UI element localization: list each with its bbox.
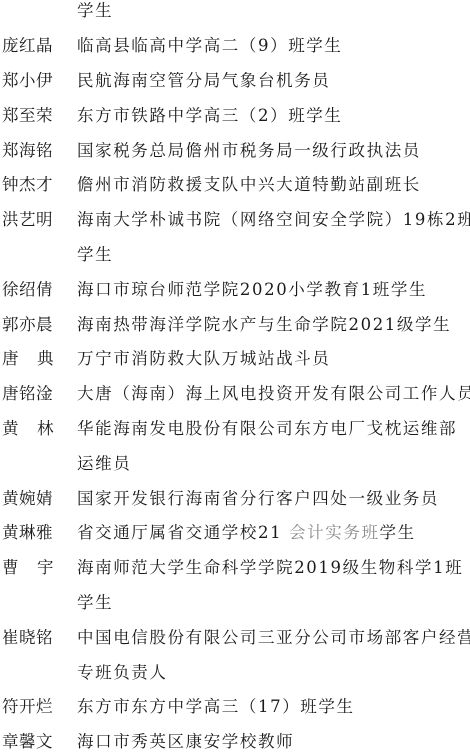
list-item: 郑至荣 东方市铁路中学高三（2）班学生 <box>0 96 470 131</box>
list-item: 黄 林 华能海南发电股份有限公司东方电厂戈枕运维部 <box>0 410 470 445</box>
entry-description: 儋州市消防救援支队中兴大道特勤站副班长 <box>77 171 421 195</box>
entry-description: 临高县临高中学高二（9）班学生 <box>77 32 343 56</box>
entry-description-continued: 学生 <box>77 241 113 265</box>
entry-name: 黄琳雅 <box>0 519 77 543</box>
entry-description: 民航海南空管分局气象台机务员 <box>77 67 330 91</box>
entry-name: 徐绍倩 <box>0 276 77 300</box>
entry-description: 东方市东方中学高三（17）班学生 <box>77 693 355 717</box>
entry-description: 海南师范大学生命科学学院2019级生物科学1班 <box>77 554 463 578</box>
entry-name: 庞红晶 <box>0 32 77 56</box>
list-item: 崔晓铭 中国电信股份有限公司三亚分公司市场部客户经营 <box>0 618 470 653</box>
entry-description: 海口市琼台师范学院2020小学教育1班学生 <box>77 276 427 300</box>
entry-description-part: 省交通厅属省交通学校21 <box>77 523 289 542</box>
entry-description: 国家税务总局儋州市税务局一级行政执法员 <box>77 137 421 161</box>
entry-name: 唐铭淦 <box>0 380 77 404</box>
list-item: 郑海铭 国家税务总局儋州市税务局一级行政执法员 <box>0 131 470 166</box>
list-item-continuation: 学生 <box>0 0 470 27</box>
list-item: 章馨文 海口市秀英区康安学校教师 <box>0 723 470 756</box>
list-item: 曹 宇 海南师范大学生命科学学院2019级生物科学1班 <box>0 549 470 584</box>
entry-name-char: 林 <box>37 415 54 439</box>
entry-name: 郑至荣 <box>0 102 77 126</box>
entry-name: 曹 宇 <box>0 554 54 578</box>
entry-name: 钟杰才 <box>0 171 77 195</box>
list-item: 钟杰才 儋州市消防救援支队中兴大道特勤站副班长 <box>0 166 470 201</box>
list-item: 黄琳雅 省交通厅属省交通学校21 会计实务班学生 <box>0 514 470 549</box>
entry-description: 海南热带海洋学院水产与生命学院2021级学生 <box>77 311 451 335</box>
entry-name-char: 唐 <box>2 345 19 369</box>
list-item: 符开烂 东方市东方中学高三（17）班学生 <box>0 688 470 723</box>
entry-description-part-faded: 会计实务班 <box>289 523 380 542</box>
entry-description: 国家开发银行海南省分行客户四处一级业务员 <box>77 485 439 509</box>
entry-description: 省交通厅属省交通学校21 会计实务班学生 <box>77 519 416 543</box>
entry-description: 学生 <box>77 0 113 21</box>
entry-description: 海南大学朴诚书院（网络空间安全学院）19栋2班 <box>77 206 470 230</box>
entry-name: 郑小伊 <box>0 67 77 91</box>
list-item-continuation: 学生 <box>0 236 470 271</box>
entry-description: 东方市铁路中学高三（2）班学生 <box>77 102 343 126</box>
entry-description-part: 学生 <box>380 523 416 542</box>
entry-name: 洪艺明 <box>0 206 77 230</box>
entry-name-char: 典 <box>37 345 54 369</box>
entry-name: 黄 林 <box>0 415 54 439</box>
list-item: 庞红晶 临高县临高中学高二（9）班学生 <box>0 27 470 62</box>
list-item-continuation: 学生 <box>0 584 470 619</box>
entry-name-char: 曹 <box>2 554 19 578</box>
list-item: 郑小伊 民航海南空管分局气象台机务员 <box>0 62 470 97</box>
list-item: 徐绍倩 海口市琼台师范学院2020小学教育1班学生 <box>0 270 470 305</box>
entry-description: 海口市秀英区康安学校教师 <box>77 728 294 752</box>
list-item-continuation: 运维员 <box>0 444 470 479</box>
entry-name: 崔晓铭 <box>0 624 77 648</box>
list-item: 黄婉婧 国家开发银行海南省分行客户四处一级业务员 <box>0 479 470 514</box>
entry-description-continued: 专班负责人 <box>77 659 168 683</box>
entry-name: 符开烂 <box>0 693 77 717</box>
entry-description: 大唐（海南）海上风电投资开发有限公司工作人员 <box>77 380 470 404</box>
list-item-continuation: 专班负责人 <box>0 653 470 688</box>
list-item: 洪艺明 海南大学朴诚书院（网络空间安全学院）19栋2班 <box>0 201 470 236</box>
entry-name: 黄婉婧 <box>0 485 77 509</box>
list-item: 郭亦晨 海南热带海洋学院水产与生命学院2021级学生 <box>0 305 470 340</box>
entry-description-continued: 学生 <box>77 589 113 613</box>
list-item: 唐铭淦 大唐（海南）海上风电投资开发有限公司工作人员 <box>0 375 470 410</box>
entry-description-continued: 运维员 <box>77 450 131 474</box>
entry-description: 中国电信股份有限公司三亚分公司市场部客户经营 <box>77 624 470 648</box>
entry-description: 万宁市消防救大队万城站战斗员 <box>77 345 330 369</box>
name-list-document: 学生 庞红晶 临高县临高中学高二（9）班学生 郑小伊 民航海南空管分局气象台机务… <box>0 0 470 756</box>
list-item: 唐 典 万宁市消防救大队万城站战斗员 <box>0 340 470 375</box>
entry-name: 章馨文 <box>0 728 77 752</box>
entry-name-char: 黄 <box>2 415 19 439</box>
entry-description: 华能海南发电股份有限公司东方电厂戈枕运维部 <box>77 415 457 439</box>
entry-name: 郑海铭 <box>0 137 77 161</box>
entry-name-char: 宇 <box>37 554 54 578</box>
entry-name: 郭亦晨 <box>0 311 77 335</box>
entry-name: 唐 典 <box>0 345 54 369</box>
